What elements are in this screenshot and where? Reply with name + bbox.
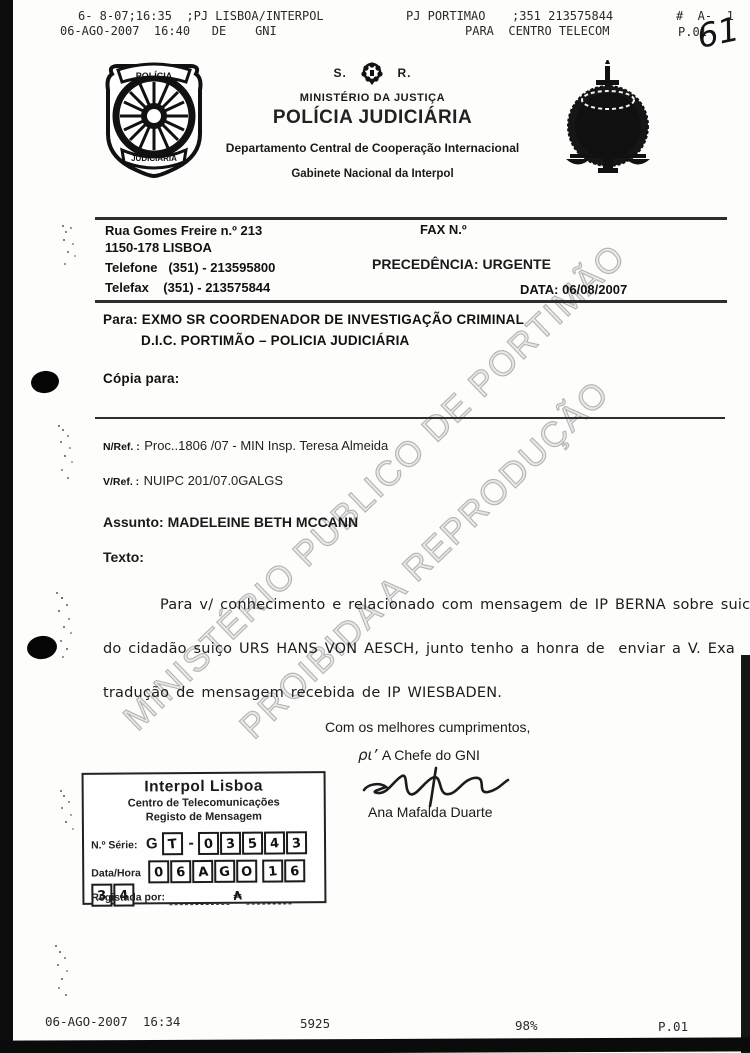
stamp-line2: Centro de Telecomunicações [84,796,324,810]
serie-digit: 4 [269,834,280,854]
subject-label: Assunto: [103,514,164,530]
date-line: DATA: 06/08/2007 [520,282,627,297]
precedence-line: PRECEDÊNCIA: URGENTE [372,256,551,272]
policia-judiciaria-badge: POLÍCIA JUDICIÁRIA [98,56,210,180]
subject-line: Assunto: MADELEINE BETH MCCANN [103,514,358,530]
signed-by-line: ρι’ A Chefe do GNI [358,746,480,765]
to-line: Para: EXMO SR COORDENADOR DE INVESTIGAÇÃ… [103,312,524,327]
department-line: Departamento Central de Cooperação Inter… [180,141,565,155]
address-fax: Telefax (351) - 213575844 [105,280,270,295]
vref-line: V/Ref. : NUIPC 201/07.0GALGS [103,472,283,490]
phone-value: (351) - 213595800 [168,260,275,275]
fax-header-recipient: PJ PORTIMAO [406,9,485,23]
scan-edge-bottom [0,1037,750,1053]
body-line2: do cidadão suiço URS HANS VON AESCH, jun… [103,641,735,657]
nref-value: Proc..1806 /07 - MIN Insp. Teresa Almeid… [144,438,388,453]
serie-digit: 3 [291,834,302,854]
vref-value: NUIPC 201/07.0GALGS [144,473,283,488]
text-label: Texto: [103,549,144,565]
fax-no-label: FAX N.º [420,222,467,237]
scan-noise [62,225,64,227]
serie-digit: 3 [225,834,236,854]
stamp-registada-row: Registada por: ₳ [91,886,317,906]
organization-name: POLÍCIA JUDICIÁRIA [250,107,495,129]
serie-hand-letter: T [167,835,178,855]
fax-value: (351) - 213575844 [163,280,270,295]
fax-header-para: PARA CENTRO TELECOM [465,24,610,38]
to-line2: D.I.C. PORTIMÃO – POLICIA JUDICIÁRIA [141,333,409,348]
hole-punch-top [30,369,61,395]
serie-prefix: G [146,835,158,852]
scan-noise [56,592,58,594]
to-value: EXMO SR COORDENADOR DE INVESTIGAÇÃO CRIM… [142,312,524,327]
nref-line: N/Ref. : Proc..1806 /07 - MIN Insp. Tere… [103,437,388,455]
handwritten-page-number: 61 [693,9,742,56]
datahora-digit: A [197,863,209,883]
salutation: Com os melhores cumprimentos, [325,719,530,735]
fax-label: Telefax [105,280,149,295]
serie-digit: 0 [203,835,214,855]
watermark-line2: PROIBIDA A REPRODUÇÃO [195,337,654,783]
datahora-digit: 6 [175,863,186,883]
registada-label: Registada por: [91,891,165,904]
footer-code: 5925 [300,1016,330,1031]
stamp-serie-row: N.º Série: G T - 03543 [91,831,317,856]
sr-right: R. [398,66,412,80]
badge-bottom-text: JUDICIÁRIA [131,154,177,163]
scan-edge-left [0,0,13,1053]
fax-document-page: MINISTÉRIO PUBLICO DE PORTIMÃO PROIBIDA … [0,0,750,1053]
serie-dash: - [188,835,193,852]
divider-top [95,217,727,220]
registada-mark: ₳ [233,888,243,903]
datahora-digit: 1 [267,862,278,882]
datahora-digit: 0 [153,863,164,883]
datahora-digit: G [219,862,231,882]
stamp-line3: Registo de Mensagem [84,810,324,824]
fax-header-datetime1: 6- 8-07;16:35 ;PJ LISBOA/INTERPOL [78,9,324,23]
body-line1: Para v/ conhecimento e relacionado com m… [160,597,750,613]
interpol-registry-stamp: Interpol Lisboa Centro de Telecomunicaçõ… [82,771,327,905]
scan-noise [58,425,60,427]
divider-refs [95,417,725,419]
body-line3: tradução de mensagem recebida de IP WIES… [103,685,502,701]
scan-noise [55,945,57,947]
stamp-title: Interpol Lisboa [84,777,324,797]
fax-header-phone: ;351 213575844 [512,9,613,23]
divider-mid [95,300,727,303]
signed-by-title: A Chefe do GNI [382,747,480,763]
datahora-label: Data/Hora [91,867,141,879]
address-street: Rua Gomes Freire n.º 213 [105,223,262,238]
serie-label: N.º Série: [91,839,138,851]
signatory-name: Ana Mafalda Duarte [368,804,493,820]
nref-label: N/Ref. : [103,441,140,453]
phone-label: Telefone [105,260,158,275]
datahora-digit: 6 [289,862,300,882]
justice-emblem [556,60,660,184]
hole-punch-bottom [26,634,59,661]
address-postal: 1150-178 LISBOA [105,240,212,255]
sr-line: S. R. [250,62,495,86]
office-line: Gabinete Nacional da Interpol [250,168,495,180]
scan-noise [60,790,62,792]
to-label: Para: [103,312,138,327]
scan-edge-right [741,655,750,1053]
fax-header-datetime2: 06-AGO-2007 16:40 DE GNI [60,24,277,38]
badge-top-text: POLÍCIA [136,71,173,81]
ministry-line: MINISTÉRIO DA JUSTIÇA [250,92,495,104]
address-phone: Telefone (351) - 213595800 [105,260,275,275]
national-coat-of-arms-icon [357,62,387,86]
serie-digit: 5 [247,834,258,854]
vref-label: V/Ref. : [103,476,139,488]
copy-to-label: Cópia para: [103,371,179,386]
sr-left: S. [333,66,346,80]
footer-percent: 98% [515,1018,538,1033]
handwritten-prefix: ρι’ [358,746,377,764]
footer-page: P.01 [658,1019,688,1034]
footer-datetime: 06-AGO-2007 16:34 [45,1014,180,1029]
datahora-digit: O [240,862,253,882]
subject-value: MADELEINE BETH MCCANN [168,514,359,530]
signature-scribble [358,766,513,808]
